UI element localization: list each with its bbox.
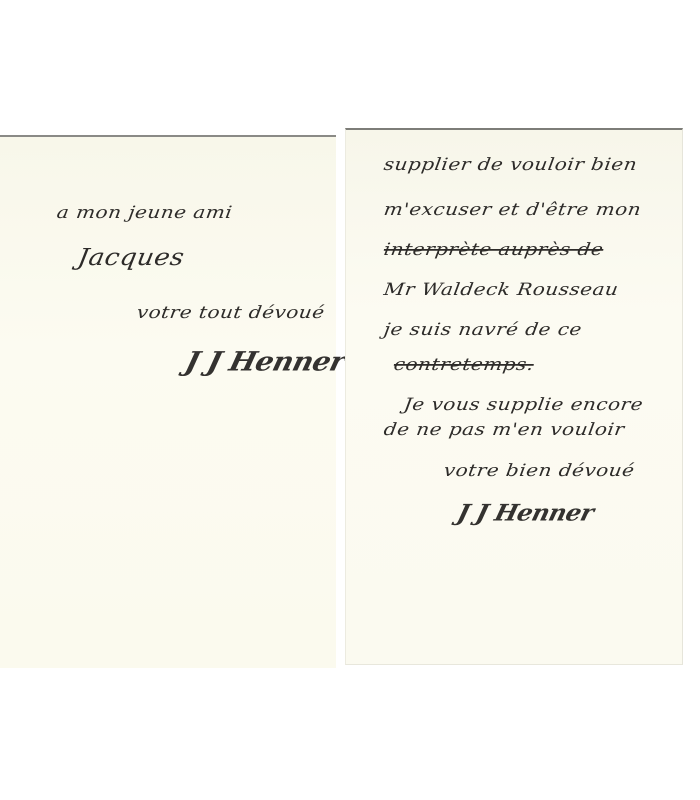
body-line-2: m'excuser et d'être mon xyxy=(383,199,643,219)
signature: J J Henner xyxy=(182,346,348,377)
body-line-4-name: Mr Waldeck Rousseau xyxy=(383,279,620,299)
signature: J J Henner xyxy=(455,499,597,527)
body-line-6: contretemps. xyxy=(393,354,536,374)
body-line-7: Je vous supplie encore xyxy=(403,394,645,414)
closing-line: votre bien dévoué xyxy=(443,460,636,480)
letter-sheet-right: supplier de vouloir bien m'excuser et d'… xyxy=(345,128,683,665)
recipient-name: Jacques xyxy=(76,245,187,272)
letter-sheet-left: a mon jeune ami Jacques votre tout dévou… xyxy=(0,135,336,668)
greeting-line: a mon jeune ami xyxy=(56,202,234,222)
body-line-1: supplier de vouloir bien xyxy=(383,154,639,174)
body-line-8: de ne pas m'en vouloir xyxy=(383,419,626,439)
closing-line: votre tout dévoué xyxy=(136,302,327,322)
body-line-3: interprète auprès de xyxy=(383,239,605,259)
body-line-5: je suis navré de ce xyxy=(383,319,584,339)
scan-canvas: a mon jeune ami Jacques votre tout dévou… xyxy=(0,0,700,800)
